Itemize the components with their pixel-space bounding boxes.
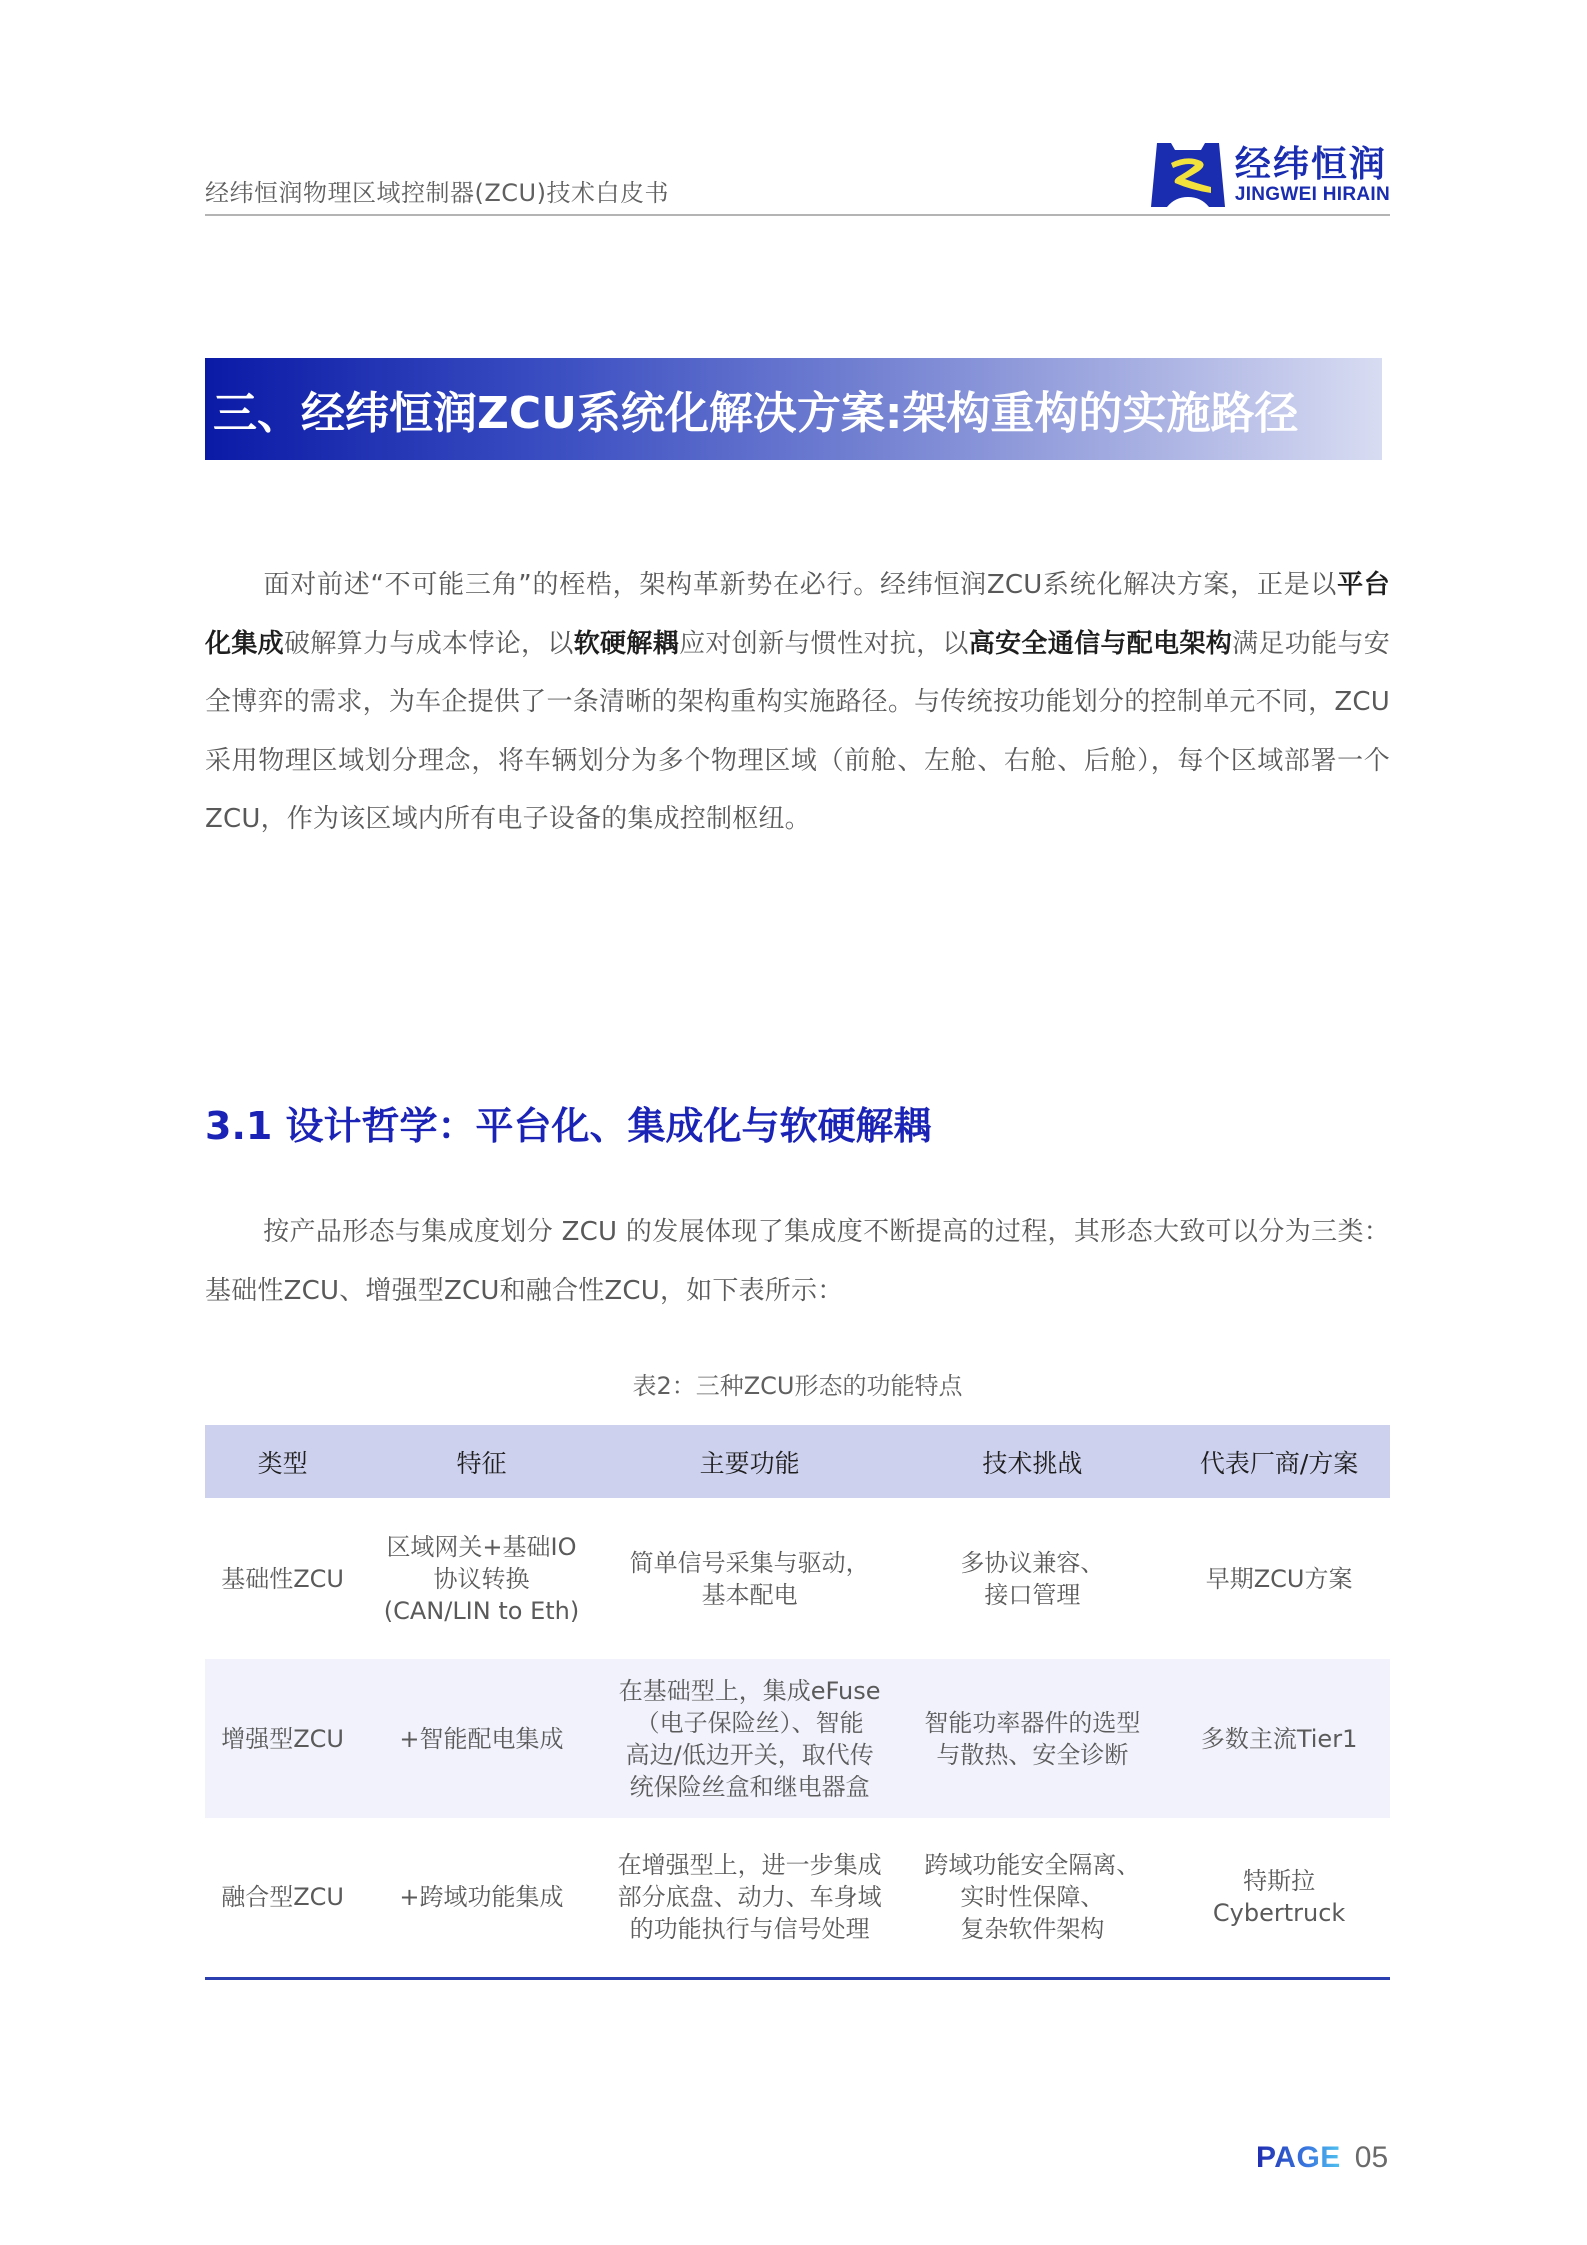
cell-type: 增强型ZCU xyxy=(205,1659,360,1818)
cell-type: 融合型ZCU xyxy=(205,1818,360,1976)
document-title: 经纬恒润物理区域控制器(ZCU)技术白皮书 xyxy=(205,173,669,208)
cell-challenge: 多协议兼容、 接口管理 xyxy=(897,1498,1169,1659)
logo-wordmark: 经纬恒润 JINGWEI HIRAIN xyxy=(1235,145,1390,205)
table-row: 增强型ZCU +智能配电集成 在基础型上，集成eFuse （电子保险丝）、智能 … xyxy=(205,1659,1390,1818)
cell-vendor: 特斯拉 Cybertruck xyxy=(1168,1818,1390,1976)
table-row: 融合型ZCU +跨域功能集成 在增强型上，进一步集成 部分底盘、动力、车身域 的… xyxy=(205,1818,1390,1976)
page-header: 经纬恒润物理区域控制器(ZCU)技术白皮书 经纬恒润 JINGWEI HIRAI… xyxy=(205,140,1390,216)
column-header-feature: 特征 xyxy=(360,1425,603,1498)
logo-english-name: JINGWEI HIRAIN xyxy=(1235,185,1390,205)
table-row: 基础性ZCU 区域网关+基础IO 协议转换 (CAN/LIN to Eth) 简… xyxy=(205,1498,1390,1659)
column-header-type: 类型 xyxy=(205,1425,360,1498)
logo-chinese-name: 经纬恒润 xyxy=(1235,145,1390,185)
zcu-forms-table: 类型 特征 主要功能 技术挑战 代表厂商/方案 基础性ZCU 区域网关+基础IO… xyxy=(205,1425,1390,1976)
cell-function: 在增强型上，进一步集成 部分底盘、动力、车身域 的功能执行与信号处理 xyxy=(603,1818,897,1976)
column-header-function: 主要功能 xyxy=(603,1425,897,1498)
jingwei-hirain-logo-icon xyxy=(1151,143,1225,207)
header-divider xyxy=(205,214,1390,216)
page-footer: PAGE05 xyxy=(1256,2140,1388,2175)
intro-text-0: 面对前述“不可能三角”的桎梏，架构革新势在必行。经纬恒润ZCU系统化解决方案，正… xyxy=(263,570,1337,600)
section-heading: 3.1 设计哲学：平台化、集成化与软硬解耦 xyxy=(205,1095,932,1150)
table-bottom-rule xyxy=(205,1977,1390,1980)
intro-text-6: 满足功能与安全博弈的需求，为车企提供了一条清晰的架构重构实施路径。与传统按功能划… xyxy=(205,629,1390,835)
chapter-title: 三、经纬恒润ZCU系统化解决方案:架构重构的实施路径 xyxy=(213,377,1299,441)
chapter-banner: 三、经纬恒润ZCU系统化解决方案:架构重构的实施路径 xyxy=(205,358,1382,460)
intro-text-4: 应对创新与惯性对抗，以 xyxy=(679,629,969,659)
company-logo: 经纬恒润 JINGWEI HIRAIN xyxy=(1151,143,1390,207)
cell-challenge: 跨域功能安全隔离、 实时性保障、 复杂软件架构 xyxy=(897,1818,1169,1976)
cell-feature: 区域网关+基础IO 协议转换 (CAN/LIN to Eth) xyxy=(360,1498,603,1659)
column-header-vendor: 代表厂商/方案 xyxy=(1168,1425,1390,1498)
cell-function: 简单信号采集与驱动， 基本配电 xyxy=(603,1498,897,1659)
cell-type: 基础性ZCU xyxy=(205,1498,360,1659)
section-paragraph: 按产品形态与集成度划分 ZCU 的发展体现了集成度不断提高的过程，其形态大致可以… xyxy=(205,1203,1390,1320)
cell-vendor: 多数主流Tier1 xyxy=(1168,1659,1390,1818)
table-caption: 表2：三种ZCU形态的功能特点 xyxy=(205,1366,1390,1401)
table-header-row: 类型 特征 主要功能 技术挑战 代表厂商/方案 xyxy=(205,1425,1390,1498)
cell-vendor: 早期ZCU方案 xyxy=(1168,1498,1390,1659)
intro-emphasis-hw-sw-decoupling: 软硬解耦 xyxy=(574,629,679,659)
page-label: PAGE xyxy=(1256,2141,1341,2174)
intro-emphasis-safe-comm-power: 高安全通信与配电架构 xyxy=(969,629,1232,659)
cell-feature: +跨域功能集成 xyxy=(360,1818,603,1976)
cell-feature: +智能配电集成 xyxy=(360,1659,603,1818)
column-header-challenge: 技术挑战 xyxy=(897,1425,1169,1498)
intro-paragraph: 面对前述“不可能三角”的桎梏，架构革新势在必行。经纬恒润ZCU系统化解决方案，正… xyxy=(205,556,1390,849)
cell-function: 在基础型上，集成eFuse （电子保险丝）、智能 高边/低边开关，取代传 统保险… xyxy=(603,1659,897,1818)
section-paragraph-text: 按产品形态与集成度划分 ZCU 的发展体现了集成度不断提高的过程，其形态大致可以… xyxy=(205,1217,1390,1306)
intro-text-2: 破解算力与成本悖论，以 xyxy=(284,629,574,659)
cell-challenge: 智能功率器件的选型 与散热、安全诊断 xyxy=(897,1659,1169,1818)
page-number: 05 xyxy=(1355,2141,1388,2174)
